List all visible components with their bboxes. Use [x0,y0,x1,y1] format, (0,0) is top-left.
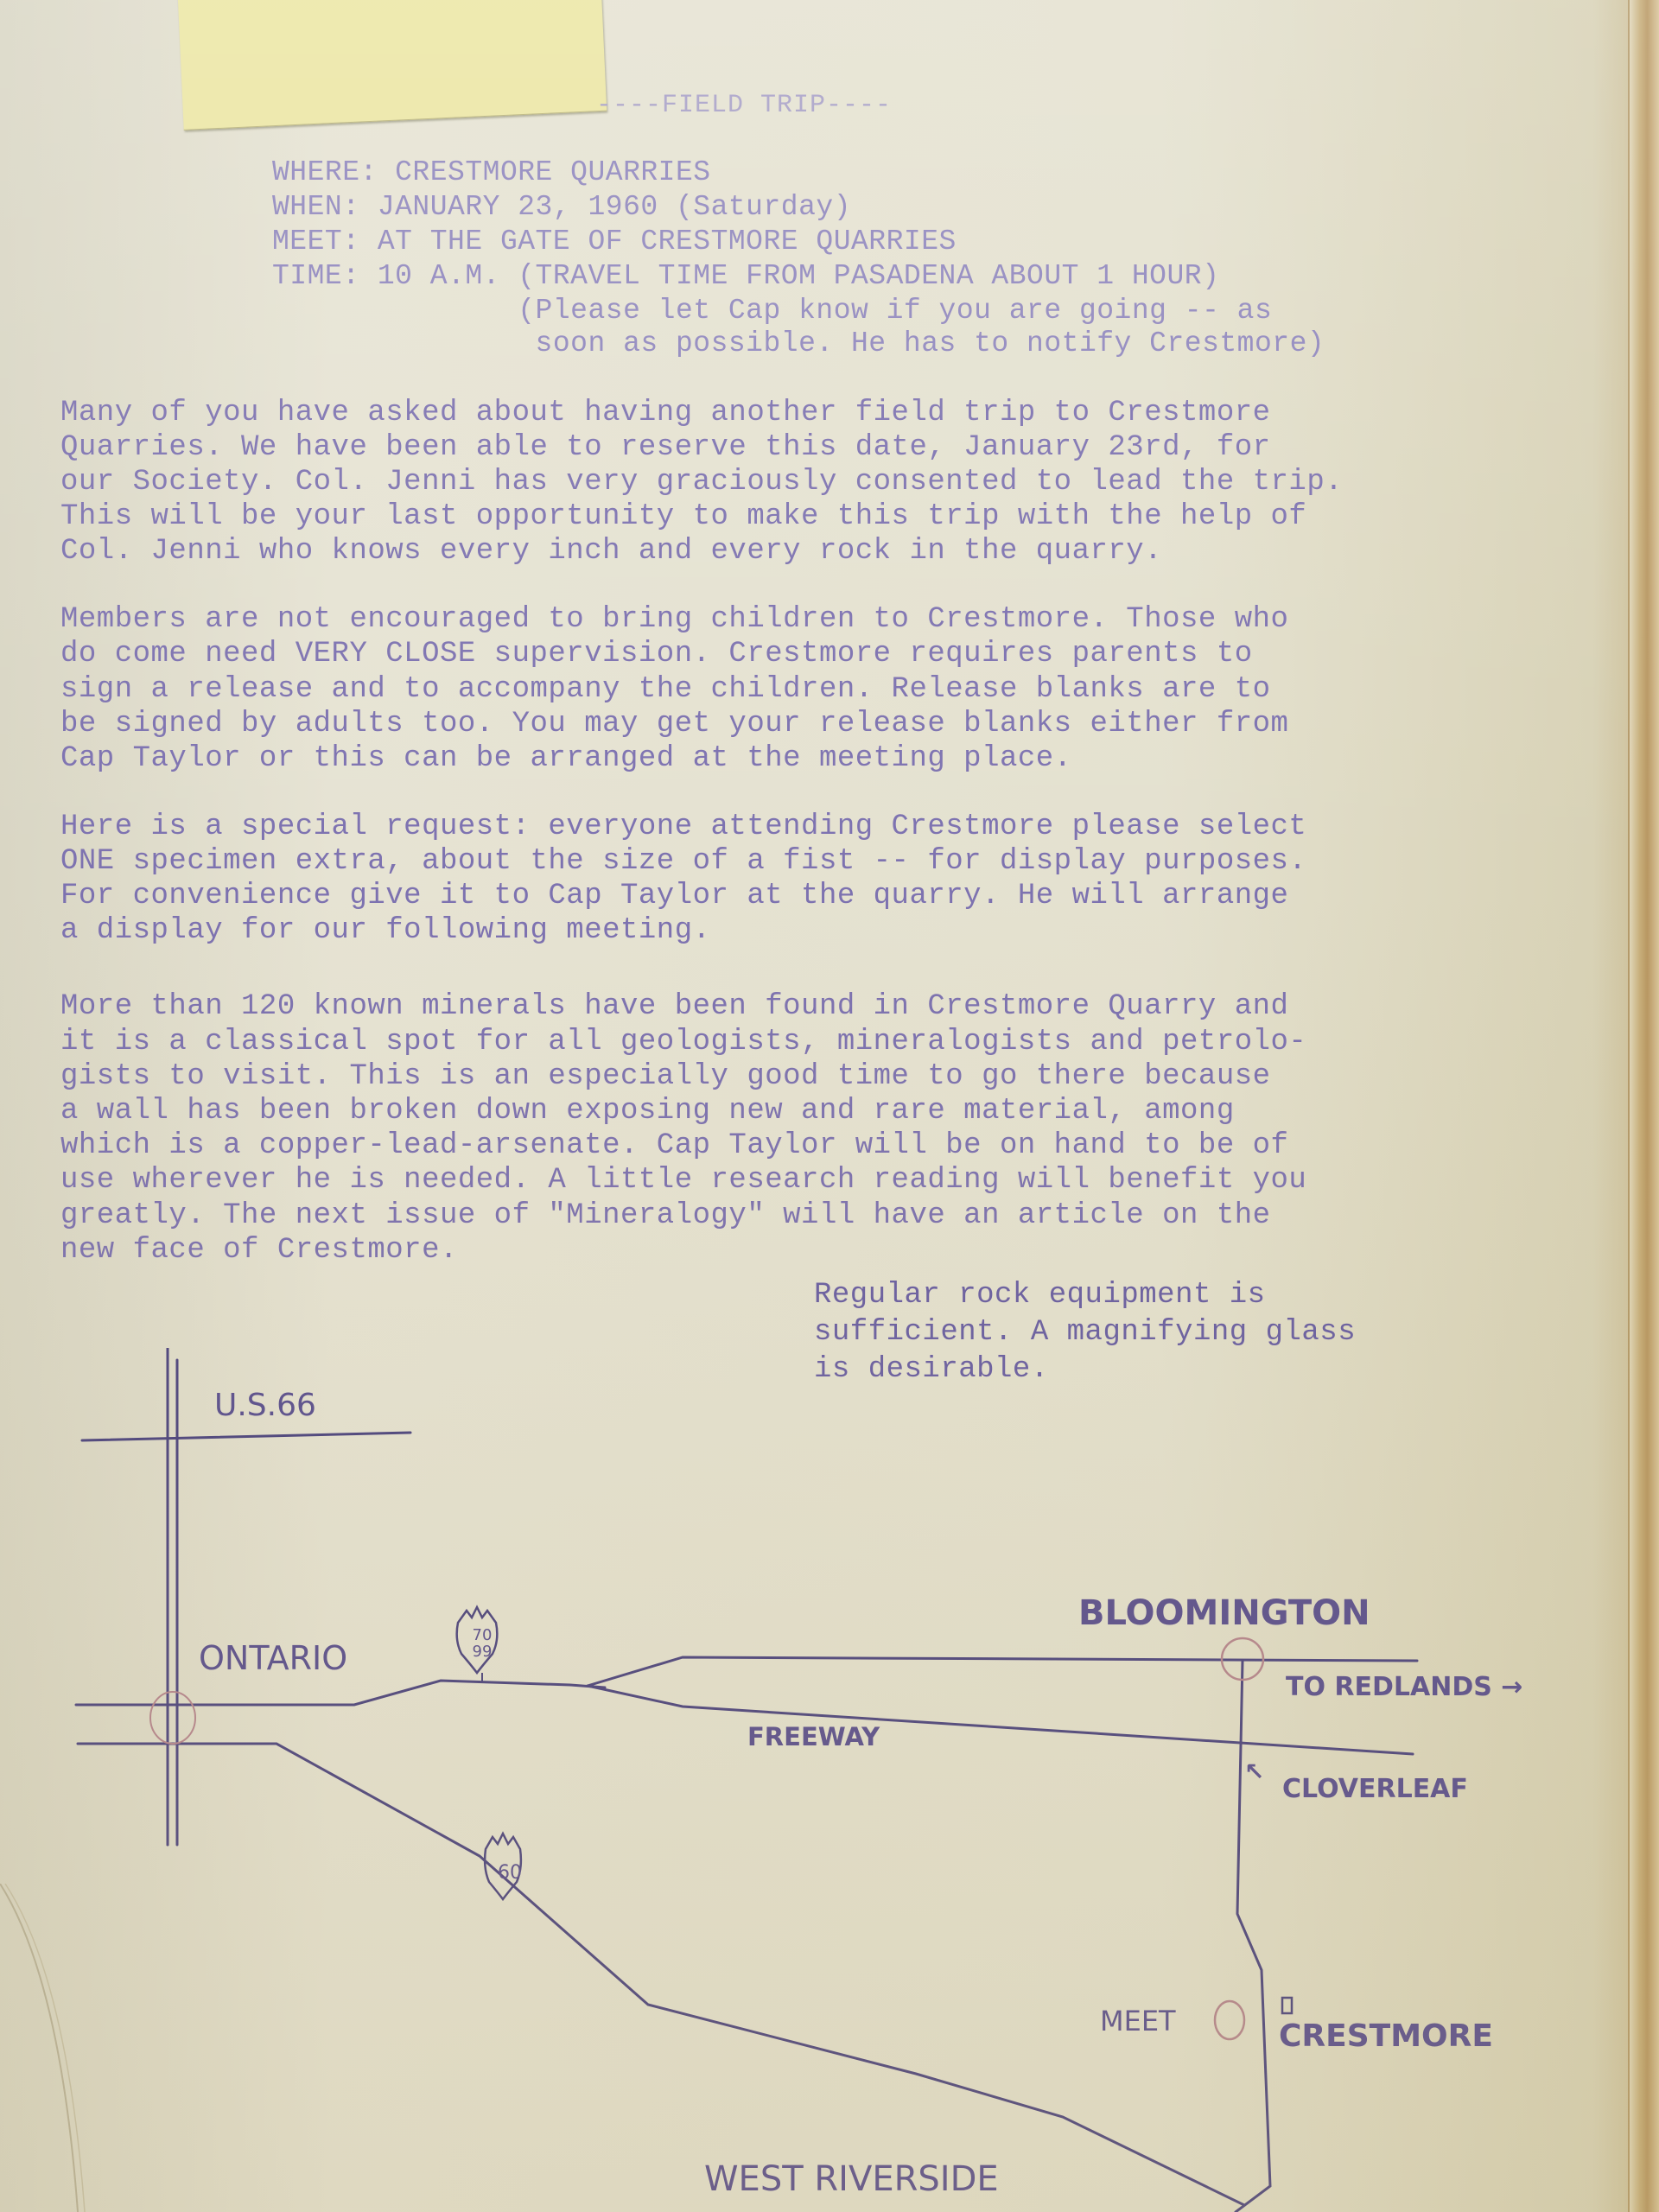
text-line: be signed by adults too. You may get you… [60,707,1288,742]
road-us66 [82,1433,410,1440]
label-ontario: ONTARIO [199,1639,347,1677]
text-line: gists to visit. This is an especially go… [60,1059,1271,1095]
svg-text:60: 60 [498,1862,522,1884]
text-line: do come need VERY CLOSE supervision. Cre… [60,637,1253,672]
label-meet: MEET [1100,2005,1176,2037]
detail-when: WHEN: JANUARY 23, 1960 (Saturday) [272,190,851,225]
book-page-curve [0,1884,104,2212]
text-line: This will be your last opportunity to ma… [60,499,1306,535]
document-title: ----FIELD TRIP---- [596,91,892,120]
directions-map: 70 99 60 U.S.66 ONTARIO BLOOMINGTON TO R… [0,1348,1659,2212]
text-line: Members are not encouraged to bring chil… [60,602,1288,638]
text-line: greatly. The next issue of "Mineralogy" … [60,1198,1271,1234]
text-line: Quarries. We have been able to reserve t… [60,430,1271,466]
road-us60 [78,1744,1244,2205]
text-line: Col. Jenni who knows every inch and ever… [60,534,1162,569]
text-line: ONE specimen extra, about the size of a … [60,844,1306,880]
text-line: a wall has been broken down exposing new… [60,1094,1235,1129]
svg-text:70: 70 [473,1626,493,1644]
cloverleaf-arrow-icon: ↖ [1244,1758,1264,1786]
label-to-redlands: TO REDLANDS → [1286,1672,1522,1702]
text-line: Many of you have asked about having anot… [60,396,1271,431]
label-crestmore: CRESTMORE [1279,2018,1493,2054]
detail-meet: MEET: AT THE GATE OF CRESTMORE QUARRIES [272,225,957,259]
sticky-note [177,0,607,130]
label-west-riverside: WEST RIVERSIDE [704,2159,999,2199]
crestmore-gate-marker [1282,1998,1292,2013]
label-bloomington: BLOOMINGTON [1078,1593,1370,1633]
label-us66: U.S.66 [214,1388,316,1423]
text-line: sign a release and to accompany the chil… [60,672,1271,708]
text-line: use wherever he is needed. A little rese… [60,1163,1306,1198]
detail-note-2: soon as possible. He has to notify Crest… [272,327,1325,361]
route-70-99-shield-icon: 70 99 [457,1607,498,1682]
text-line: More than 120 known minerals have been f… [60,989,1288,1025]
text-line: Cap Taylor or this can be arranged at th… [60,741,1072,777]
detail-time: TIME: 10 A.M. (TRAVEL TIME FROM PASADENA… [272,259,1219,294]
text-line: which is a copper-lead-arsenate. Cap Tay… [60,1128,1288,1164]
text-line: our Society. Col. Jenni has very graciou… [60,465,1343,500]
meet-point-marker [1215,2001,1244,2039]
text-line: it is a classical spot for all geologist… [60,1025,1306,1060]
detail-where: WHERE: CRESTMORE QUARRIES [272,156,711,190]
svg-text:99: 99 [473,1643,493,1661]
ontario-junction-marker [150,1692,195,1744]
text-line: For convenience give it to Cap Taylor at… [60,879,1288,914]
text-line: Here is a special request: everyone atte… [60,810,1306,845]
label-freeway: FREEWAY [747,1722,880,1751]
text-line: Regular rock equipment is [814,1277,1266,1314]
text-line: new face of Crestmore. [60,1233,458,1268]
text-line: sufficient. A magnifying glass [814,1314,1356,1351]
label-cloverleaf: CLOVERLEAF [1282,1774,1468,1804]
detail-note-1: (Please let Cap know if you are going --… [272,294,1272,328]
text-line: a display for our following meeting. [60,913,711,949]
